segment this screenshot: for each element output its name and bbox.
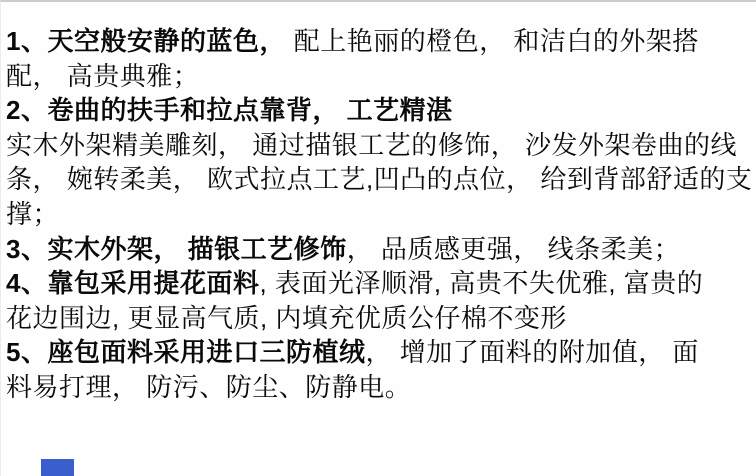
text-run: 撑； — [6, 199, 59, 229]
text-run: , 表面光泽顺滑, 高贵不失优雅, 富贵的 — [259, 268, 703, 298]
text-run: ， 品质感更强， 线条柔美； — [347, 234, 680, 264]
text-run: 配上艳丽的橙色， 和洁白的外架搭 — [294, 26, 699, 56]
text-line-3: 2、卷曲的扶手和拉点靠背， 工艺精湛 — [6, 93, 754, 128]
bold-text-run: 1、天空般安静的蓝色， — [6, 26, 294, 56]
text-line-10: 5、座包面料采用进口三防植绒， 增加了面料的附加值， 面 — [6, 335, 754, 370]
text-line-8: 4、靠包采用提花面料, 表面光泽顺滑, 高贵不失优雅, 富贵的 — [6, 266, 754, 301]
text-line-1: 1、天空般安静的蓝色， 配上艳丽的橙色， 和洁白的外架搭 — [6, 24, 754, 59]
bold-text-run: 2、卷曲的扶手和拉点靠背， 工艺精湛 — [6, 95, 453, 125]
product-description-text: 1、天空般安静的蓝色， 配上艳丽的橙色， 和洁白的外架搭配， 高贵典雅；2、卷曲… — [6, 24, 754, 405]
bold-text-run: 4、靠包采用提花面料 — [6, 268, 259, 298]
text-run: 花边围边, 更显高气质, 内填充优质公仔棉不变形 — [6, 303, 567, 333]
text-line-11: 料易打理， 防污、防尘、防静电。 — [6, 370, 754, 405]
text-line-5: 条， 婉转柔美， 欧式拉点工艺,凹凸的点位， 给到背部舒适的支 — [6, 162, 754, 197]
bold-text-run: 3、实木外架， 描银工艺修饰 — [6, 234, 347, 264]
text-line-7: 3、实木外架， 描银工艺修饰， 品质感更强， 线条柔美； — [6, 232, 754, 267]
text-run: 料易打理， 防污、防尘、防静电。 — [6, 372, 411, 402]
text-run: 实木外架精美雕刻， 通过描银工艺的修饰， 沙发外架卷曲的线 — [6, 130, 737, 160]
text-run: 条， 婉转柔美， 欧式拉点工艺,凹凸的点位， 给到背部舒适的支 — [6, 164, 752, 194]
text-line-2: 配， 高贵典雅； — [6, 59, 754, 94]
text-run: ， 增加了面料的附加值， 面 — [365, 337, 698, 367]
text-line-6: 撑； — [6, 197, 754, 232]
cropped-blue-element — [41, 459, 74, 476]
text-run: 配， 高贵典雅； — [6, 61, 199, 91]
text-line-4: 实木外架精美雕刻， 通过描银工艺的修饰， 沙发外架卷曲的线 — [6, 128, 754, 163]
text-line-9: 花边围边, 更显高气质, 内填充优质公仔棉不变形 — [6, 301, 754, 336]
page-background: 1、天空般安静的蓝色， 配上艳丽的橙色， 和洁白的外架搭配， 高贵典雅；2、卷曲… — [0, 0, 756, 476]
bold-text-run: 5、座包面料采用进口三防植绒 — [6, 337, 365, 367]
